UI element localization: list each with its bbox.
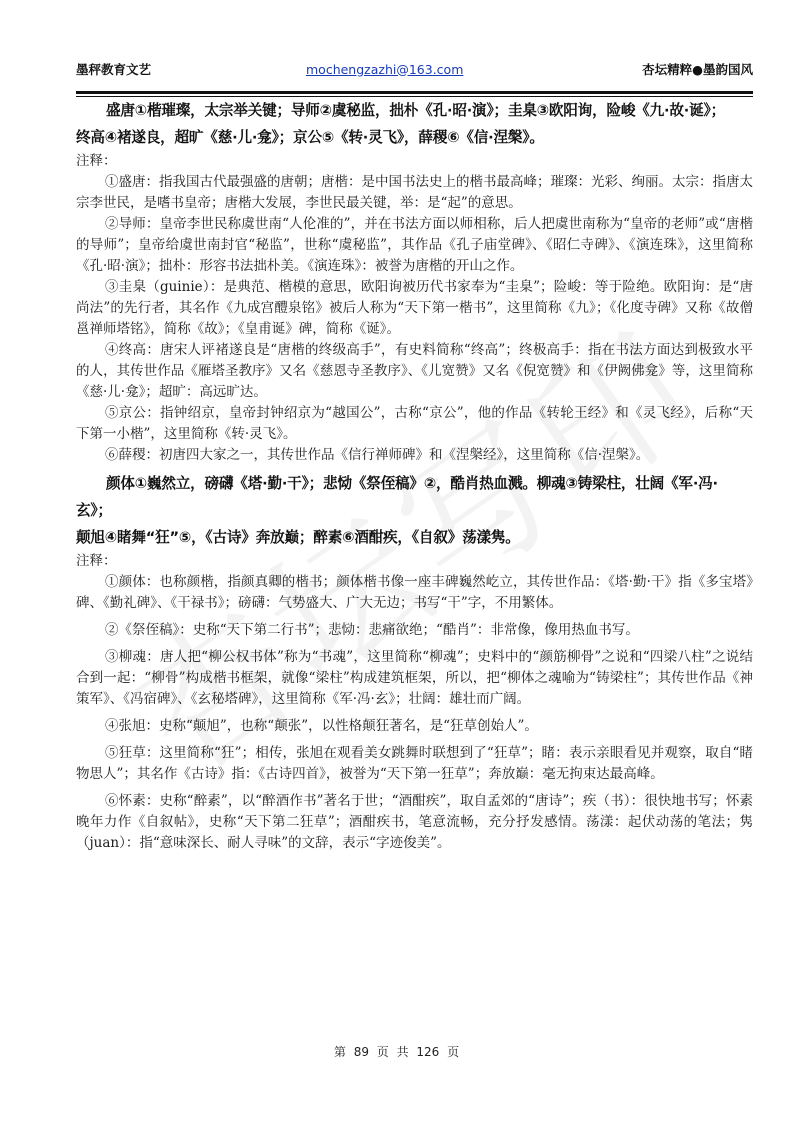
page-number: 第 89 页 共 126 页 bbox=[0, 1043, 793, 1060]
note-item: ⑥怀素：史称“醉素”，以“醉酒作书”著名于世；“酒酣疾”，取自孟郊的“唐诗”；疾… bbox=[76, 791, 753, 854]
verse-line: 盛唐①楷璀璨，太宗举关键；导师②虞秘监，拙朴《孔·昭·演》；圭臬③欧阳询，险峻《… bbox=[76, 97, 753, 124]
note-item: ①盛唐：指我国古代最强盛的唐朝；唐楷：是中国书法史上的楷书最高峰；璀璨：光彩、绚… bbox=[76, 172, 753, 214]
verse-line: 终高④褚遂良，超旷《慈·儿·龛》；京公⑤《转·灵飞》，薛稷⑥《信·涅槃》。 bbox=[76, 124, 753, 151]
header-column-title: 杏坛精粹●墨韵国风 bbox=[642, 60, 753, 78]
note-item: ⑤京公：指钟绍京，皇帝封钟绍京为“越国公”，古称“京公”，他的作品《转轮王经》和… bbox=[76, 403, 753, 445]
notes-label: 注释： bbox=[76, 151, 753, 172]
section-yan-liu-zhang-huai: 颜体①巍然立，磅礴《塔·勤·干》；悲恸《祭侄稿》②，酷肖热血溅。柳魂③铸梁柱，壮… bbox=[76, 470, 753, 854]
page-header: 墨秤教育文艺 mochengzazhi@163.com 杏坛精粹●墨韵国风 bbox=[76, 58, 753, 80]
page-content: 盛唐①楷璀璨，太宗举关键；导师②虞秘监，拙朴《孔·昭·演》；圭臬③欧阳询，险峻《… bbox=[76, 97, 753, 854]
verse-line: 颠旭④睹舞“狂”⑤，《古诗》奔放巅；醉素⑥酒酣疾，《自叙》荡漾隽。 bbox=[76, 524, 753, 551]
note-item: ⑥薛稷：初唐四大家之一，其传世作品《信行禅师碑》和《涅槃经》，这里简称《信·涅槃… bbox=[76, 445, 753, 466]
note-item: ⑤狂草：这里简称“狂”；相传，张旭在观看美女跳舞时联想到了“狂草”；睹：表示亲眼… bbox=[76, 743, 753, 785]
note-item: ③圭臬（guinie）：是典范、楷模的意思，欧阳询被历代书家奉为“圭臬”；险峻：… bbox=[76, 277, 753, 340]
note-item: ②导师：皇帝李世民称虞世南“人伦准的”，并在书法方面以师相称，后人把虞世南称为“… bbox=[76, 214, 753, 277]
note-item: ②《祭侄稿》：史称“天下第二行书”；悲恸：悲痛欲绝；“酷肖”：非常像，像用热血书… bbox=[76, 620, 753, 641]
note-item: ①颜体：也称颜楷，指颜真卿的楷书；颜体楷书像一座丰碑巍然屹立，其传世作品：《塔·… bbox=[76, 572, 753, 614]
note-item: ③柳魂：唐人把“柳公权书体”称为“书魂”，这里简称“柳魂”；史料中的“颜筋柳骨”… bbox=[76, 647, 753, 710]
header-email-link[interactable]: mochengzazhi@163.com bbox=[306, 62, 463, 77]
note-item: ④终高：唐宋人评褚遂良是“唐楷的终级高手”，有史料简称“终高”；终极高手：指在书… bbox=[76, 340, 753, 403]
header-publisher: 墨秤教育文艺 bbox=[76, 60, 151, 78]
verse-line: 颜体①巍然立，磅礴《塔·勤·干》；悲恸《祭侄稿》②，酷肖热血溅。柳魂③铸梁柱，壮… bbox=[76, 470, 753, 524]
notes-label: 注释： bbox=[76, 551, 753, 572]
header-rule-thick bbox=[76, 91, 753, 94]
note-item: ④张旭：史称“颠旭”，也称“颠张”，以性格颠狂著名，是“狂草创始人”。 bbox=[76, 716, 753, 737]
section-tang-kaishu: 盛唐①楷璀璨，太宗举关键；导师②虞秘监，拙朴《孔·昭·演》；圭臬③欧阳询，险峻《… bbox=[76, 97, 753, 466]
